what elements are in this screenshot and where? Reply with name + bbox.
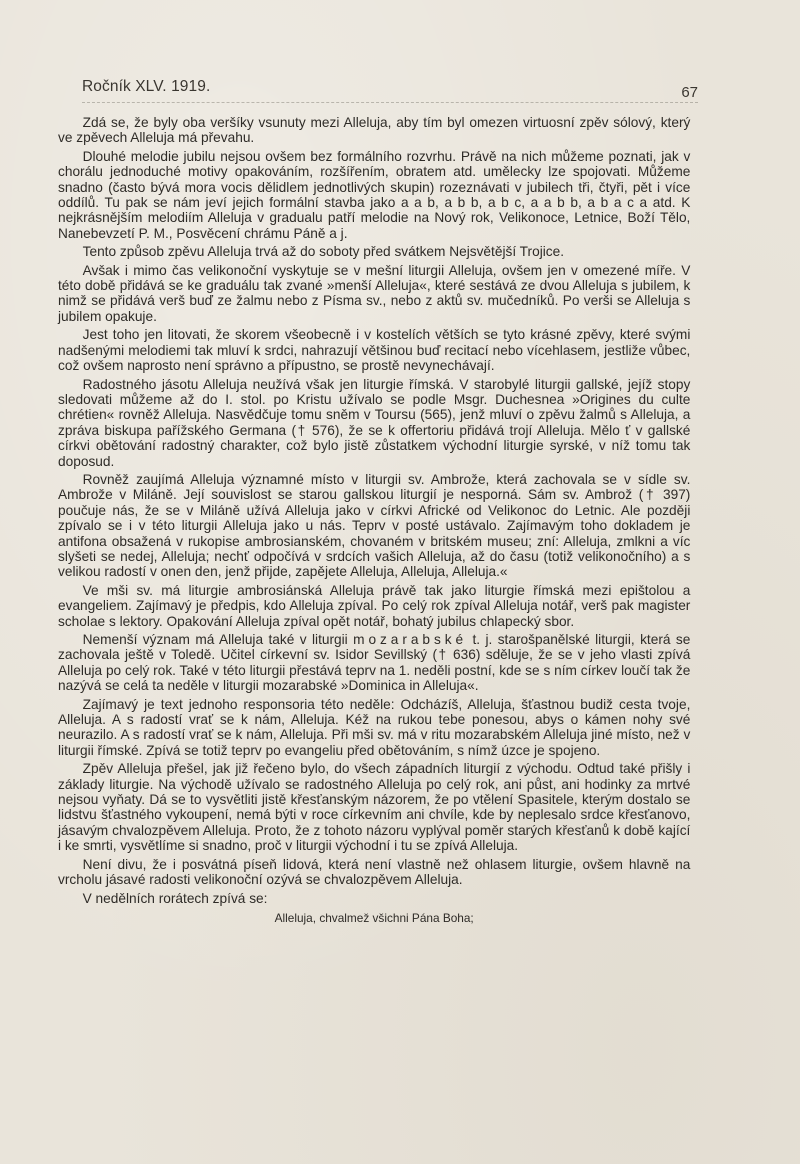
text-run: Nemenší význam má Alleluja také v liturg…: [83, 631, 354, 647]
verse-line: Alleluja, chvalmež všichni Pána Boha;: [58, 911, 690, 926]
paragraph: Ve mši sv. má liturgie ambrosiánská Alle…: [58, 583, 690, 629]
body-text: Zdá se, že byly oba veršíky vsunuty mezi…: [58, 115, 690, 926]
paragraph: Radostného jásotu Alleluja neužívá však …: [58, 377, 690, 469]
running-head: Ročník XLV. 1919. 67: [82, 78, 698, 103]
paragraph-mozarabic: Nemenší význam má Alleluja také v liturg…: [58, 632, 690, 694]
emphasized-term: mozarabské: [353, 631, 467, 647]
paragraph: Zajímavý je text jednoho responsoria tét…: [58, 697, 690, 759]
paragraph: V nedělních rorátech zpívá se:: [58, 891, 690, 906]
document-page: Ročník XLV. 1919. 67 Zdá se, že byly oba…: [0, 0, 800, 1164]
paragraph: Není divu, že i posvátná píseň lidová, k…: [58, 857, 690, 888]
volume-title: Ročník XLV. 1919.: [82, 78, 210, 96]
paragraph: Dlouhé melodie jubilu nejsou ovšem bez f…: [58, 149, 690, 241]
page-number: 67: [681, 84, 698, 101]
paragraph: Zpěv Alleluja přešel, jak již řečeno byl…: [58, 761, 690, 853]
paragraph: Tento způsob zpěvu Alleluja trvá až do s…: [58, 244, 690, 259]
paragraph: Rovněž zaujímá Alleluja významné místo v…: [58, 472, 690, 580]
paragraph: Zdá se, že byly oba veršíky vsunuty mezi…: [58, 115, 690, 146]
paragraph: Avšak i mimo čas velikonoční vyskytuje s…: [58, 263, 690, 325]
paragraph: Jest toho jen litovati, že skorem všeobe…: [58, 327, 690, 373]
